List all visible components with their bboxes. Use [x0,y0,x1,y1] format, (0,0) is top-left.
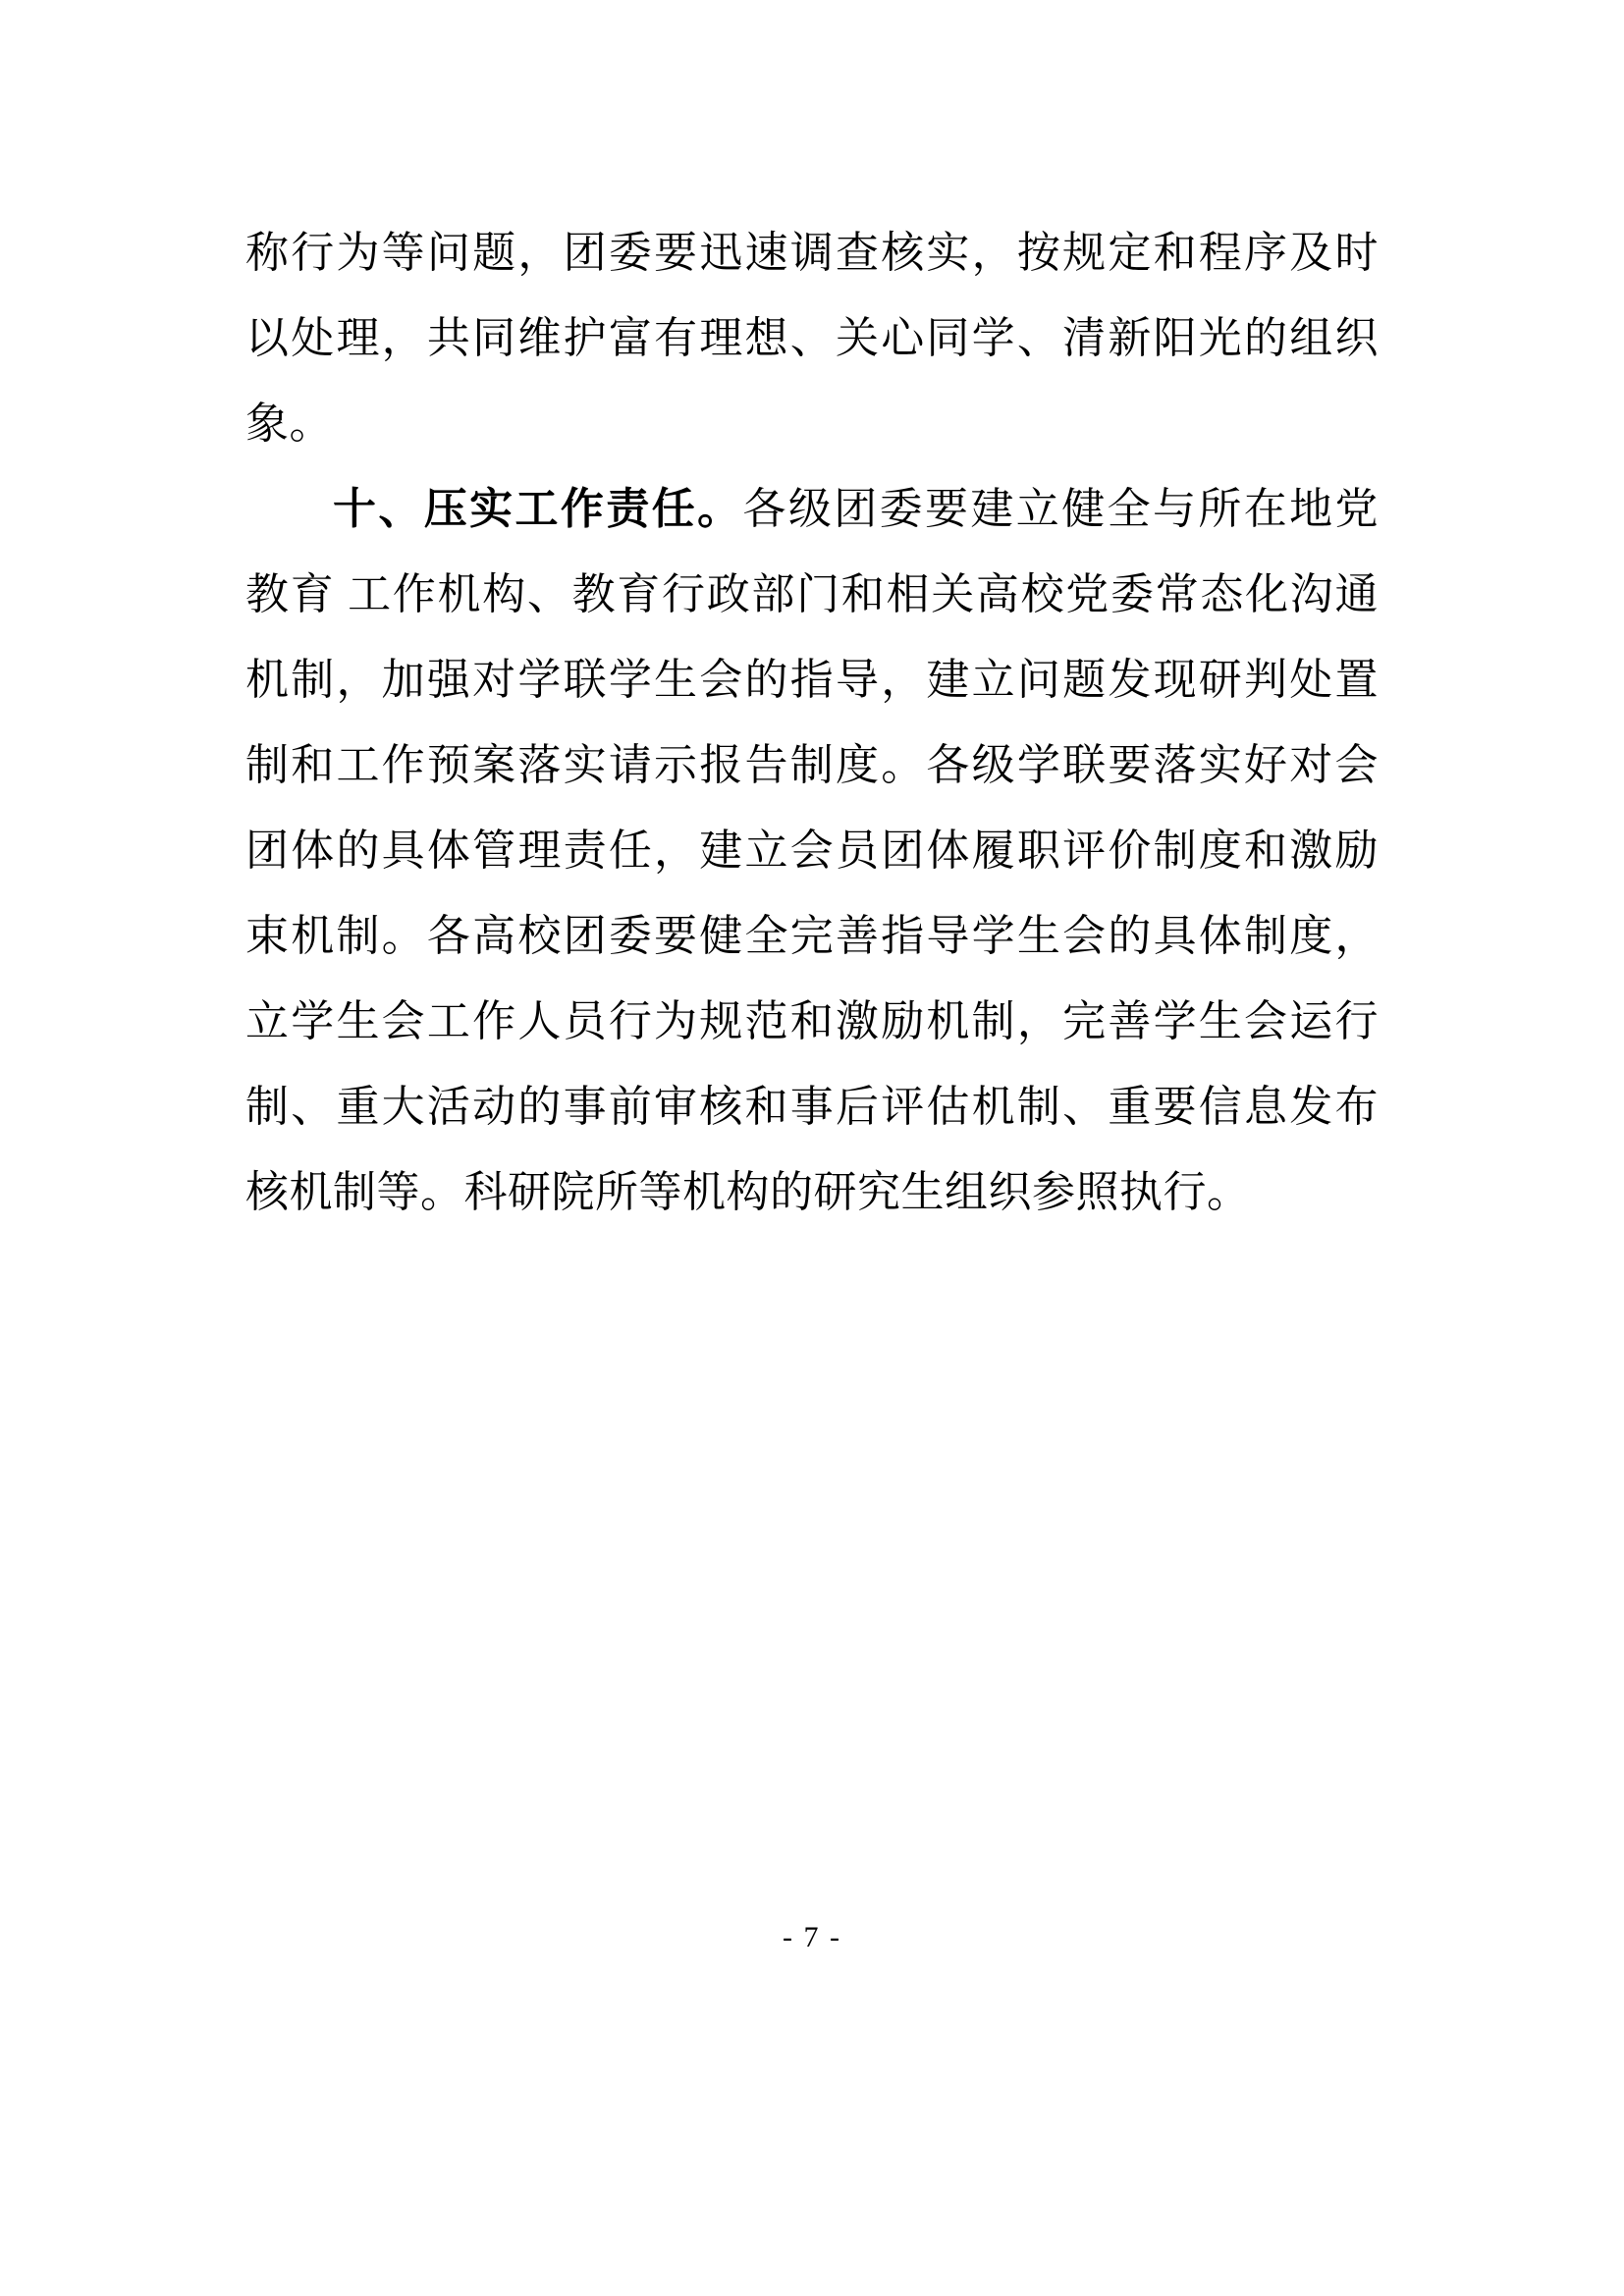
paragraph-continued: 称行为等问题，团委要迅速调查核实，按规定和程序及时予以处理，共同维护富有理想、关… [245,210,1379,466]
text-line: 制和工作预案落实请示报告制度。各级学联要落实好对会员 [245,722,1379,808]
section-heading: 十、压实工作责任。 [333,485,742,533]
text-line: 称行为等问题，团委要迅速调查核实，按规定和程序及时予 [245,210,1379,295]
text-line: 教育 工作机构、教育行政部门和相关高校党委常态化沟通 [245,552,1379,637]
text-line: 以处理，共同维护富有理想、关心同学、清新阳光的组织形 [245,295,1379,381]
text-line: 团体的具体管理责任，建立会员团体履职评价制度和激励约 [245,808,1379,893]
text-line: 核机制等。科研院所等机构的研究生组织参照执行。 [245,1149,1379,1235]
text-line: 十、压实工作责任。各级团委要建立健全与所在地党委 [245,466,1379,552]
paragraph-section-ten: 十、压实工作责任。各级团委要建立健全与所在地党委教育 工作机构、教育行政部门和相… [245,466,1379,1235]
text-line: 束机制。各高校团委要健全完善指导学生会的具体制度，建 [245,893,1379,979]
document-page: 称行为等问题，团委要迅速调查核实，按规定和程序及时予以处理，共同维护富有理想、关… [0,0,1624,2296]
page-number: - 7 - [783,1921,841,1953]
text-line: 象。 [245,381,1379,466]
page-footer: - 7 - [0,1916,1624,1959]
text-line: 制、重大活动的事前审核和事后评估机制、重要信息发布审 [245,1064,1379,1149]
document-body: 称行为等问题，团委要迅速调查核实，按规定和程序及时予以处理，共同维护富有理想、关… [245,210,1379,1235]
text-line: 立学生会工作人员行为规范和激励机制，完善学生会运行机 [245,979,1379,1064]
text-line: 机制，加强对学联学生会的指导，建立问题发现研判处置机 [245,637,1379,722]
